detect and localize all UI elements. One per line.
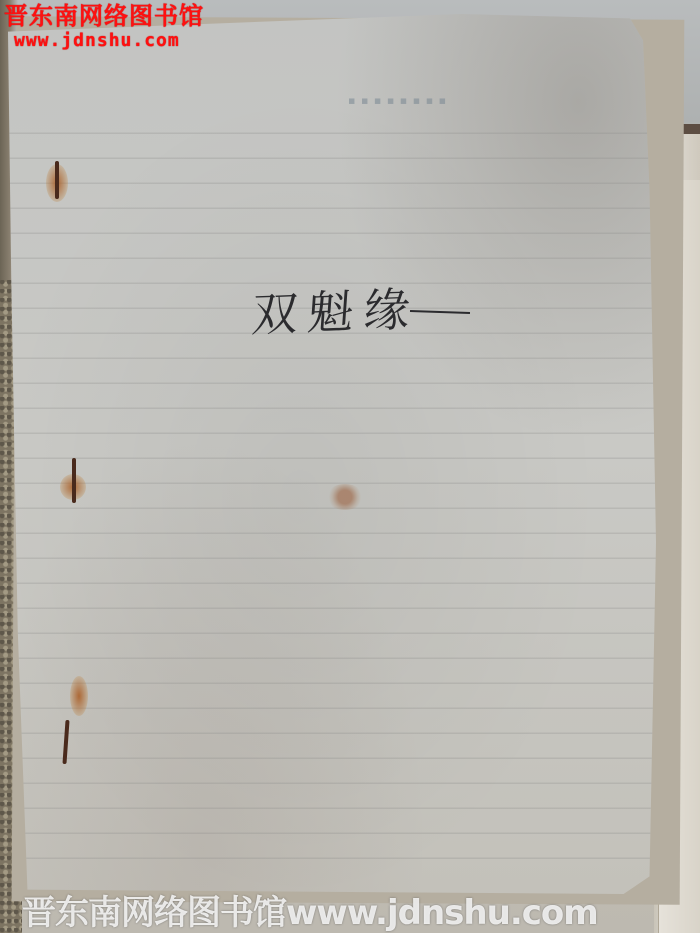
watermark-library-name: 晋东南网络图书馆 xyxy=(4,2,204,30)
faint-printed-header: ▪ ▪ ▪ ▪ ▪ ▪ ▪ ▪ xyxy=(348,94,447,107)
rust-stain xyxy=(70,676,88,716)
watermark-bottom: 晋东南网络图书馆www.jdnshu.com xyxy=(22,893,700,933)
staple-icon xyxy=(72,458,76,503)
watermark-top: 晋东南网络图书馆 www.jdnshu.com xyxy=(4,2,204,52)
spot-stain xyxy=(326,484,364,510)
watermark-url: www.jdnshu.com xyxy=(4,30,204,52)
document-cover-page: ▪ ▪ ▪ ▪ ▪ ▪ ▪ ▪ 双魁缘 xyxy=(8,14,656,894)
handwritten-title: 双魁缘 xyxy=(250,273,423,345)
staple-icon xyxy=(55,161,59,199)
